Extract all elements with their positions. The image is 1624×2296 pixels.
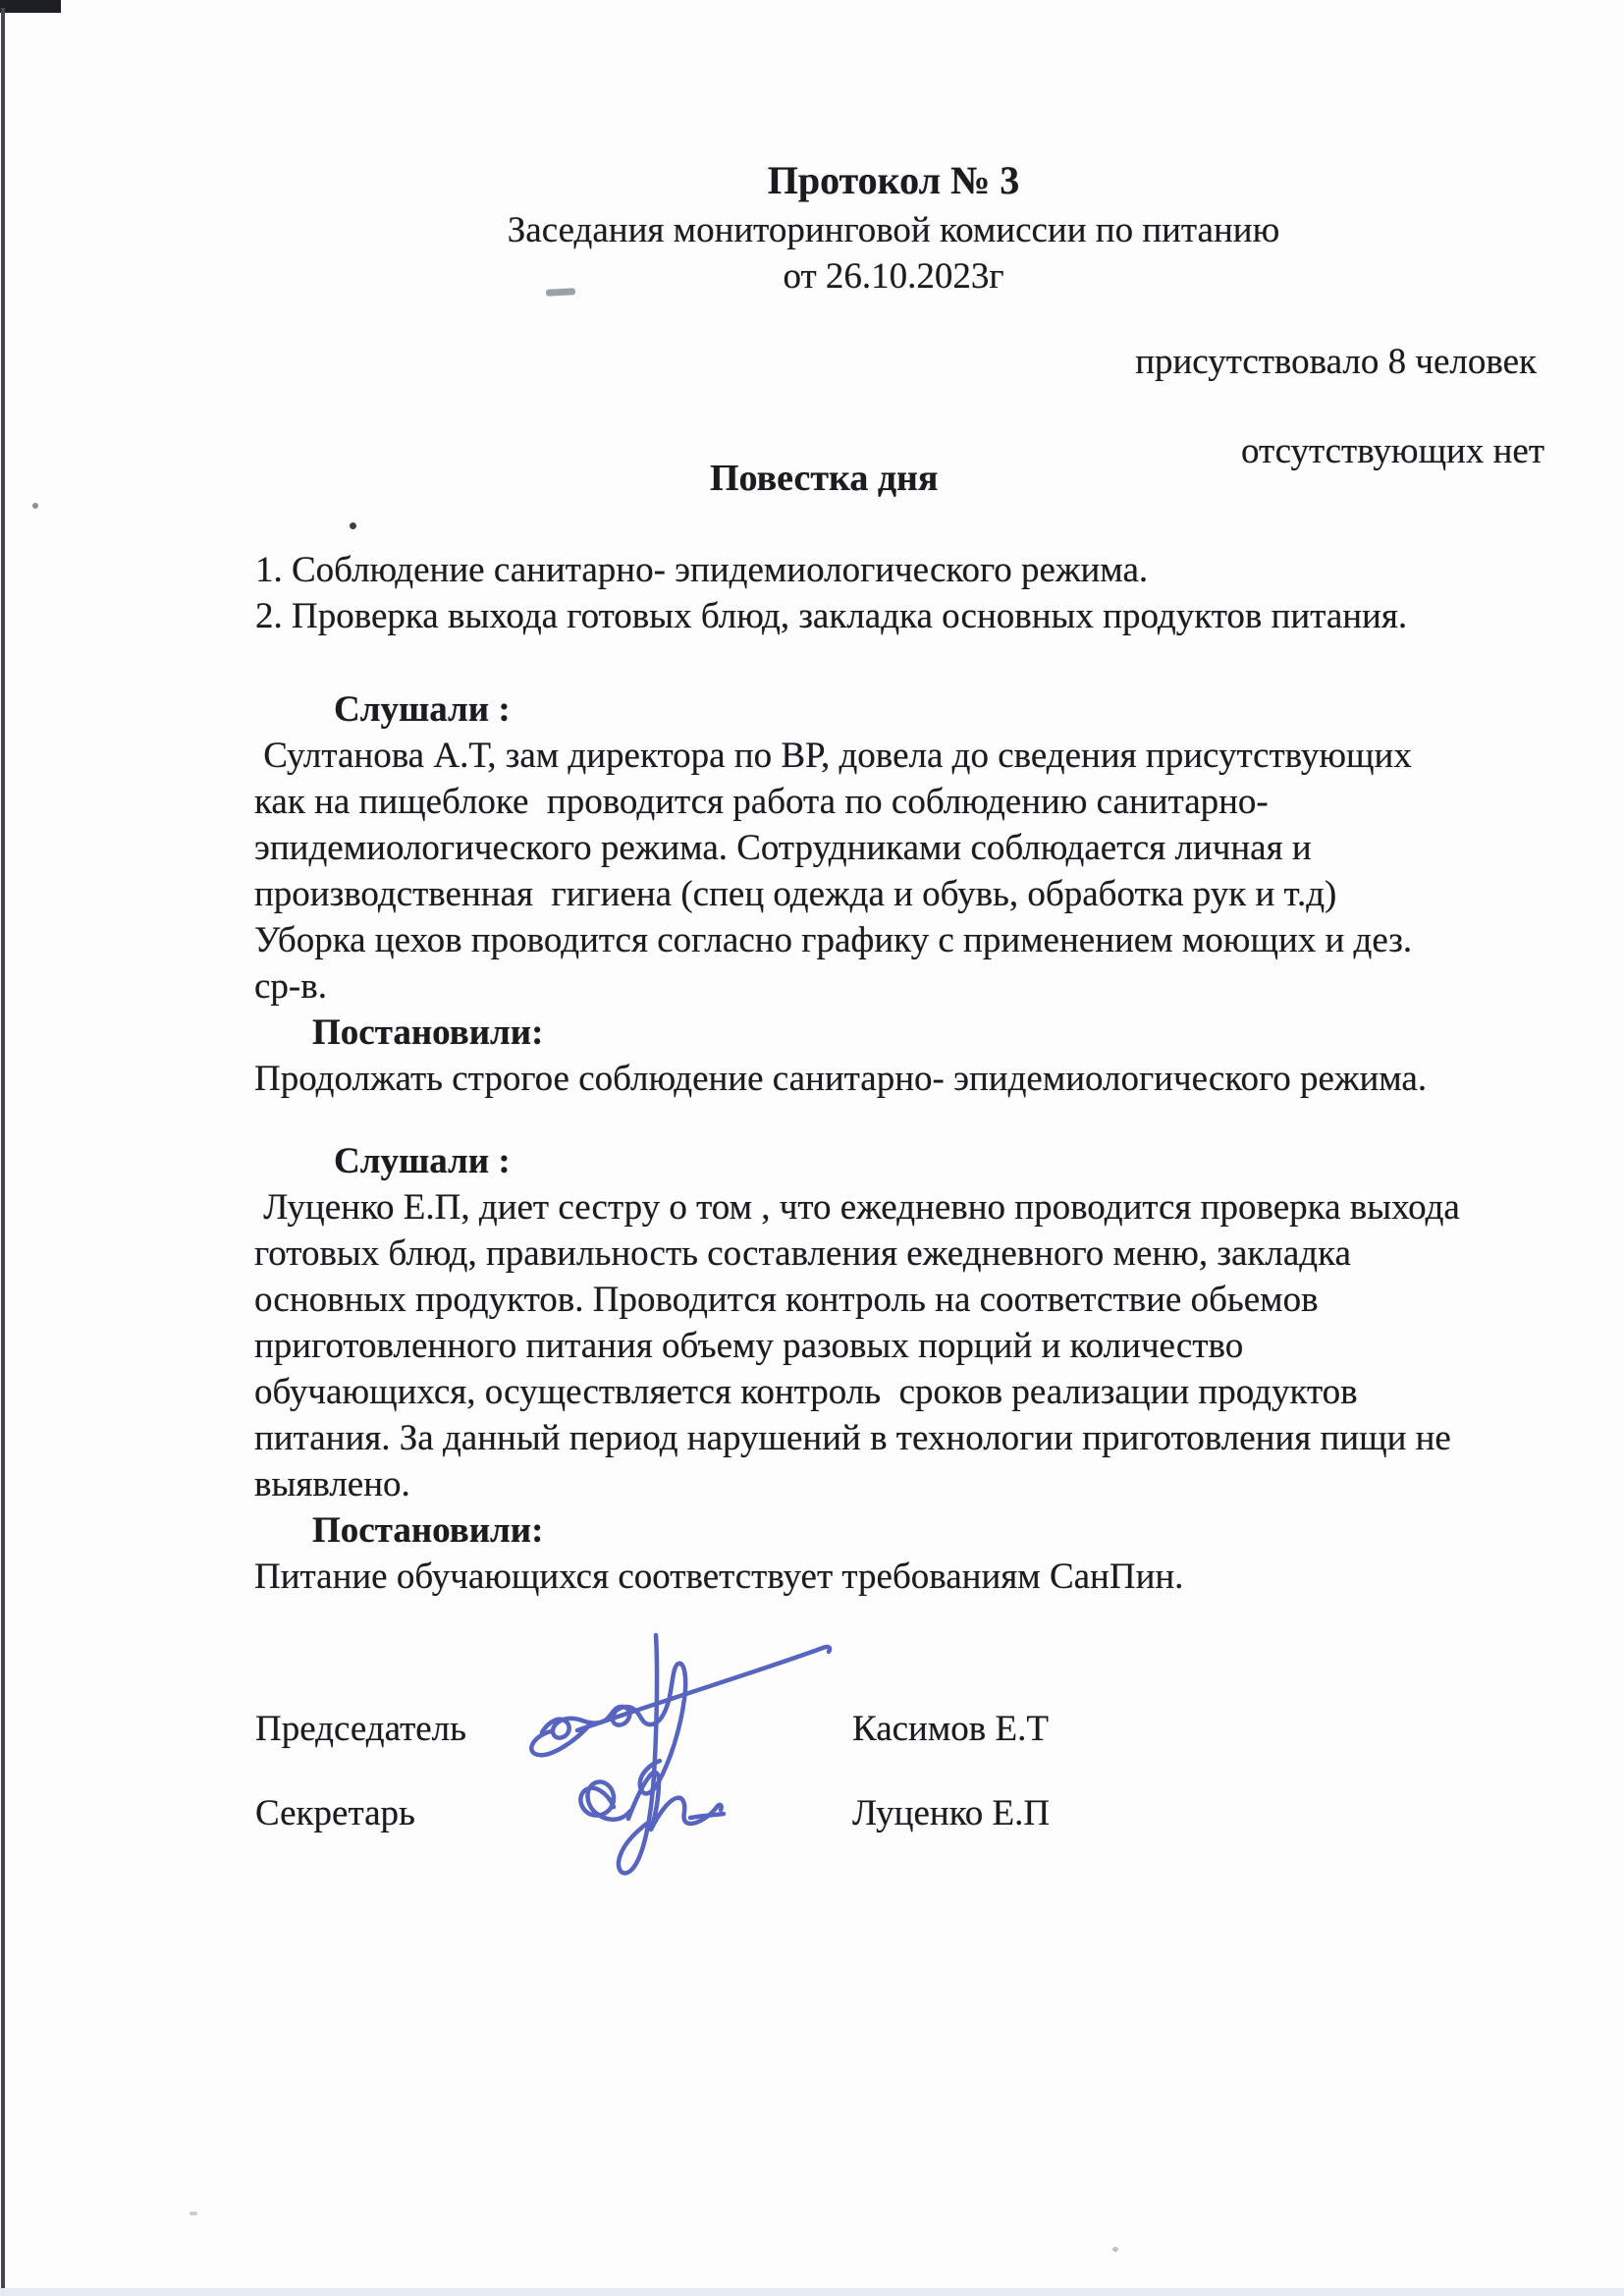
- section2-heard-label: Слушали :: [334, 1138, 511, 1184]
- scanned-document-page: Протокол № 3 Заседания мониторинговой ко…: [0, 0, 1624, 2296]
- section1-body-line: ср-в.: [254, 963, 327, 1010]
- secretary-signature-ink: [619, 1635, 657, 1873]
- document-subtitle: Заседания мониторинговой комиссии по пит…: [157, 207, 1624, 253]
- section2-body-line: Луценко Е.П, диет сестру о том , что еже…: [254, 1184, 1460, 1230]
- scan-artifact-speck: [189, 2212, 197, 2215]
- section2-body-line: основных продуктов. Проводится контроль …: [254, 1277, 1319, 1323]
- secretary-signature-ink: [690, 1814, 724, 1818]
- scan-artifact-left-edge-line: [1, 8, 5, 2294]
- scan-artifact-corner-mark: [0, 0, 61, 13]
- agenda-heading: Повестка дня: [710, 456, 939, 502]
- section1-resolved-label: Постановили:: [312, 1010, 543, 1056]
- section2-body-line: обучающихся, осуществляется контроль сро…: [254, 1369, 1358, 1415]
- section1-body-line: эпидемиологического режима. Сотрудниками…: [254, 825, 1312, 871]
- secretary-signature-ink: [580, 1781, 630, 1819]
- scan-artifact-speck: [32, 503, 38, 509]
- agenda-item-2: 2. Проверка выхода готовых блюд, закладк…: [255, 593, 1407, 639]
- section2-body-line: выявлено.: [254, 1461, 410, 1507]
- chairman-signature-ink: [542, 1664, 685, 1794]
- signature-role-secretary: Секретарь: [255, 1790, 415, 1836]
- section2-body-line: приготовленного питания объему разовых п…: [254, 1323, 1243, 1369]
- section1-body-line: производственная гигиена (спец одежда и …: [254, 871, 1336, 917]
- section2-resolution: Питание обучающихся соответствует требов…: [254, 1554, 1183, 1600]
- chairman-signature-ink: [577, 1647, 830, 1730]
- signatures-ink-layer: [491, 1601, 982, 1974]
- section1-body-line: как на пищеблоке проводится работа по со…: [254, 779, 1269, 825]
- section1-resolution: Продолжать строгое соблюдение санитарно-…: [254, 1056, 1427, 1102]
- section1-body-line: Султанова А.Т, зам директора по ВР, дове…: [254, 733, 1412, 779]
- section2-resolved-label: Постановили:: [312, 1507, 543, 1554]
- document-title: Протокол № 3: [157, 157, 1624, 203]
- attendance-present-line: присутствовало 8 человек: [1135, 339, 1537, 385]
- scan-artifact-dot: [350, 522, 356, 529]
- section2-body-line: готовых блюд, правильность составления е…: [254, 1230, 1351, 1277]
- document-date-line: от 26.10.2023г: [157, 253, 1624, 300]
- section1-body-line: Уборка цехов проводится согласно графику…: [254, 917, 1412, 963]
- attendance-absent-line: отсутствующих нет: [1241, 428, 1544, 474]
- signature-role-chairman: Председатель: [255, 1706, 466, 1752]
- scan-artifact-bottom-edge: [0, 2288, 1624, 2296]
- scan-artifact-speck: [1112, 2247, 1118, 2252]
- agenda-item-1: 1. Соблюдение санитарно- эпидемиологичес…: [255, 547, 1148, 593]
- section1-heard-label: Слушали :: [334, 686, 511, 733]
- section2-body-line: питания. За данный период нарушений в те…: [254, 1415, 1451, 1461]
